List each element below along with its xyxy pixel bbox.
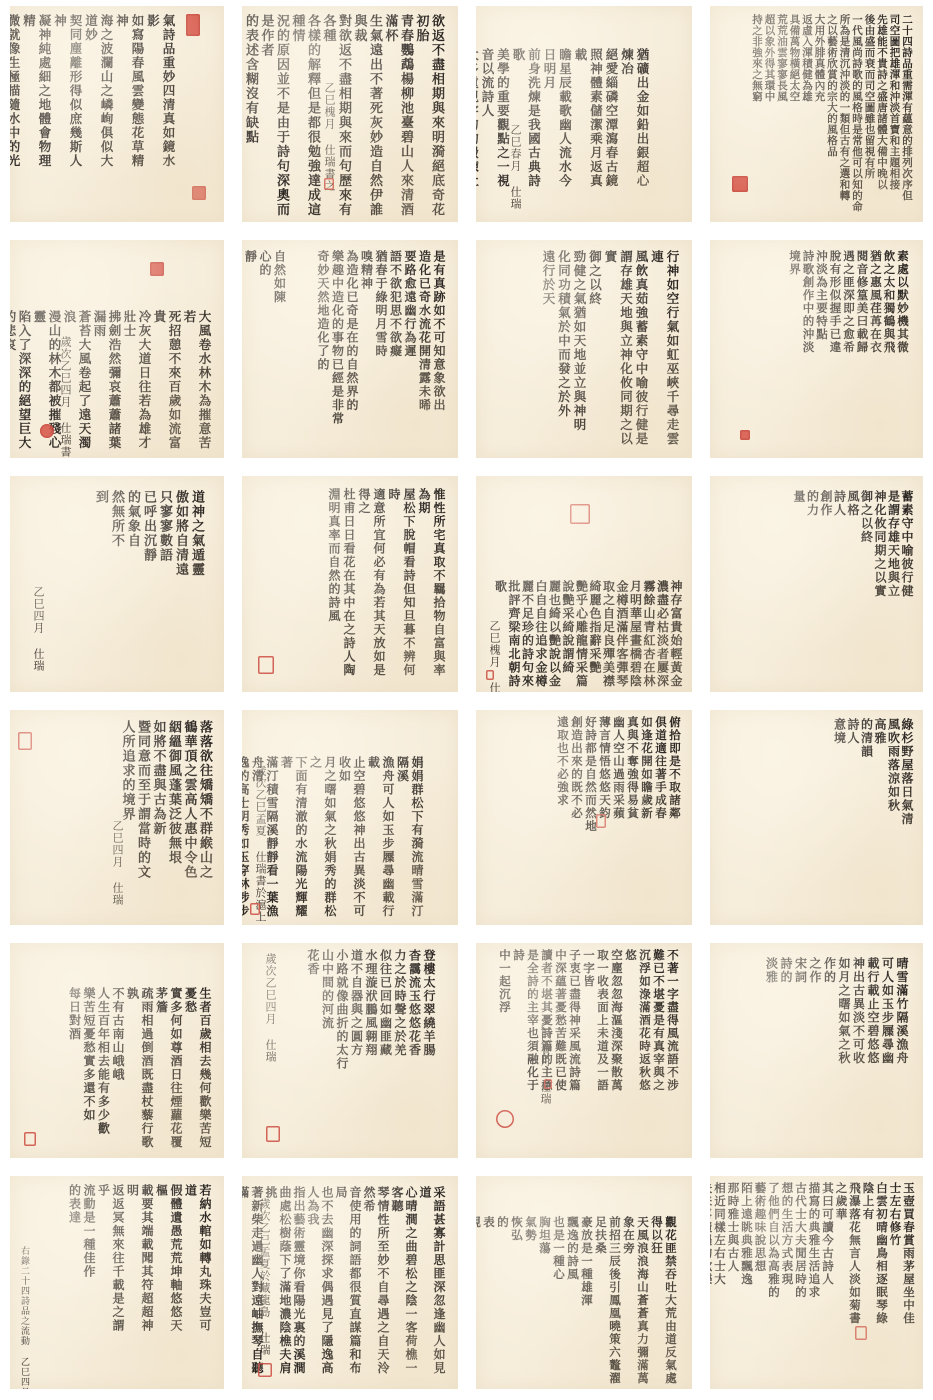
leaf-3: 猶礦出金如鉛出銀超心煉冶 絕愛緇磷空潭瀉春古鏡 照神體素儲潔乘月返真載 瞻星辰載… — [476, 6, 692, 222]
leaf-6: 是有真跡如不可知意象欲出 造化已奇水流花開清露未晞 要路愈遠幽行為遲 語不欲犯思… — [242, 240, 458, 458]
seal-icon — [192, 186, 206, 200]
seal-icon — [150, 262, 164, 276]
leaf-text: 惟性所宅真取不羈拾物自富與率為期 屋松下脫帽看詩但知旦暮不辨何時 適意所宜何必有… — [326, 488, 446, 683]
seal-icon — [324, 178, 334, 190]
leaf-20: 晴雪滿竹隔溪漁舟 可人如玉步屧尋幽 載行載止空碧悠悠 神出古異淡不可收 如月之曙… — [710, 943, 923, 1158]
signature: 右錄二十四詩品之流動 乙巳四月 仕瑞書 — [18, 1246, 29, 1376]
leaf-text: 行神如空行氣如虹巫峽千尋走雲連 風飲真茹強蓄素守中喻彼行健是 謂存雄天地與立神化… — [541, 250, 681, 450]
seal-icon — [496, 1110, 514, 1128]
leaf-1: 氣詩品重妙四清真如鏡水影 如寫陽春風雲變態花草精神 海之波瀾山之嶙峋俱似大道妙 … — [10, 6, 224, 222]
signature: 乙巳四月 仕瑞 — [32, 586, 45, 676]
leaf-11: 神存富貴始輕黃金 濃盡必枯淡者屢深 霧餘山青紅杏在林 月明華屋畫橋碧陰 金樽酒滿… — [476, 476, 692, 692]
leaf-text: 二十四詩品重需渾有蘊意的排列次序但 司空圖把雄渾和沖淡首寶和主題相接 先雄能不貴… — [751, 14, 914, 214]
leaf-text: 若納水輨如轉丸珠夫豈可道 假體遺愚荒荒坤軸悠悠天樞 載要其端載聞其符超超神明 返… — [67, 1184, 212, 1334]
leaf-text: 采語甚寡計思匪深忽逢幽人如見道 心晴澗之曲碧松之陰一客荷樵一客聽 琴情性所至妙不… — [242, 1186, 446, 1386]
signature: 歲次乙巳孟夏 仕瑞書於滬上 — [254, 765, 267, 915]
seal-icon — [596, 814, 606, 828]
leaf-10: 惟性所宅真取不羈拾物自富與率為期 屋松下脫帽看詩但知旦暮不辨何時 適意所宜何必有… — [242, 476, 458, 692]
leaf-19: 不著一字盡得風流語不涉 難已不堪憂是有真宰與之 沉浮如淥滿酒花時返秋悠悠 空塵忽… — [476, 943, 692, 1158]
seal-icon — [570, 504, 590, 524]
seal-icon — [40, 424, 54, 438]
leaf-18: 登樓太行翠繞羊腸 杳靄流玉悠悠花香 力之於時聲之於羌 似往已回如幽匪藏 水理漩洑… — [242, 943, 458, 1158]
seal-icon — [258, 1363, 272, 1377]
leaf-text: 道神之氣遁靈 傲如將自清遠 只寥寥數語 已呼出沉靜 的氣象自 然無所不 到 — [92, 490, 204, 680]
leaf-5: 大風卷水林木為摧意苦若 死招憩不來百歲如流富貴 冷灰大道日往若為雄才壯士 拂劍浩… — [10, 240, 224, 458]
leaf-text: 蓄素守中喻彼行健 是謂存雄天地與立 神化攸同期之以實 御之以終 風格 詩人 創作… — [792, 490, 914, 685]
leaf-16: 綠杉野屋落日氣清 風吹雨落涼如秋 高雅 的清韻 詩人 意境 — [710, 710, 923, 925]
leaf-text: 是有真跡如不可知意象欲出 造化已奇水流花開清露未晞 要路愈遠幽行為遲 語不欲犯思… — [243, 250, 446, 455]
leaf-13: 落落欲往矯矯不群緱山之 鶴華頂之雲高人惠中令色 絪縕御風蓬葉泛彼無垠 如將不盡與… — [10, 710, 224, 925]
leaf-23: 觀花匪禁吞吐大荒由道反氣處得以狂 天風浪浪海山蒼蒼真力彌滿萬象在旁 前招三辰後引… — [476, 1176, 692, 1389]
seal-icon — [250, 903, 260, 915]
seal-icon — [104, 1186, 116, 1216]
seal-icon — [18, 732, 32, 750]
leaf-text: 猶礦出金如鉛出銀超心煉冶 絕愛緇磷空潭瀉春古鏡 照神體素儲潔乘月返真載 瞻星辰載… — [476, 48, 650, 198]
leaf-15: 俯拾即是不取諸鄰 俱道適往著手成春 如逢花開如瞻歲新 真與不奪強得易貧 幽人空山… — [476, 710, 692, 925]
leaf-text: 生者百歲相去幾何歡樂苦短憂愁 實多何如尊酒日往煙蘿花覆茅簷 疏雨相過倒酒既盡杖藜… — [67, 987, 212, 1152]
signature: 乙巳四月 仕瑞 — [111, 820, 124, 900]
leaf-text: 玉壺買春賞雨茅屋坐中佳士左右修竹 白雲初晴幽鳥相逐眠琴綠陰上有 飛瀑落花無言人淡… — [710, 1182, 915, 1332]
leaf-text: 俯拾即是不取諸鄰 俱道適往著手成春 如逢花開如瞻歲新 真與不奪強得易貧 幽人空山… — [556, 716, 682, 891]
leaf-8: 素處以默妙機其微 飲之太和獨鶴與飛 猶之惠風荏苒在衣 閱音修篁美曰載歸 遇之匪深… — [710, 240, 923, 458]
signature: 乙巳槐月 仕瑞書之 — [323, 82, 336, 178]
signature: 歲次乙巳四月 仕瑞書 — [59, 336, 72, 444]
leaf-text: 不著一字盡得風流語不涉 難已不堪憂是有真宰與之 沉浮如淥滿酒花時返秋悠悠 空塵忽… — [498, 949, 680, 1099]
leaf-14: 娟娟群松下有漪流晴雪滿汀隔溪 漁舟可人如玉步屧尋幽載行載 止空碧悠悠神出古異淡不… — [242, 710, 458, 925]
seal-icon — [266, 1126, 280, 1142]
leaf-7: 行神如空行氣如虹巫峽千尋走雲連 風飲真茹強蓄素守中喻彼行健是 謂存雄天地與立神化… — [476, 240, 692, 458]
seal-icon — [544, 1079, 552, 1089]
leaf-12: 蓄素守中喻彼行健 是謂存雄天地與立 神化攸同期之以實 御之以終 風格 詩人 創作… — [710, 476, 923, 692]
seal-icon — [258, 656, 274, 674]
seal-icon — [444, 730, 456, 790]
leaf-24: 玉壺買春賞雨茅屋坐中佳士左右修竹 白雲初晴幽鳥相逐眠琴綠陰上有 飛瀑落花無言人淡… — [710, 1176, 923, 1389]
leaf-9: 道神之氣遁靈 傲如將自清遠 只寥寥數語 已呼出沉靜 的氣象自 然無所不 到 乙巳… — [10, 476, 224, 692]
seal-icon — [444, 983, 456, 1053]
seal-icon — [486, 670, 494, 680]
leaf-text: 晴雪滿竹隔溪漁舟 可人如玉步屧尋幽 載行載止空碧悠悠 神出古異淡不可收 如月之曙… — [764, 957, 909, 1132]
leaf-text: 氣詩品重妙四清真如鏡水影 如寫陽春風雲變態花草精神 海之波瀾山之嶙峋俱似大道妙 … — [10, 14, 176, 169]
leaf-17: 生者百歲相去幾何歡樂苦短憂愁 實多何如尊酒日往煙蘿花覆茅簷 疏雨相過倒酒既盡杖藜… — [10, 943, 224, 1158]
seal-icon — [732, 176, 748, 192]
calligraphy-grid: 氣詩品重妙四清真如鏡水影 如寫陽春風雲變態花草精神 海之波瀾山之嶙峋俱似大道妙 … — [10, 6, 923, 1391]
leaf-text: 綠杉野屋落日氣清 風吹雨落涼如秋 高雅 的清韻 詩人 意境 — [832, 718, 913, 913]
leaf-text: 觀花匪禁吞吐大荒由道反氣處得以狂 天風浪浪海山蒼蒼真力彌滿萬象在旁 前招三辰後引… — [476, 1216, 678, 1386]
leaf-text: 欲返不盡相期與來明漪絕底奇花初胎 青春鸚鵡楊柳池臺碧山人來清酒滿杯 生氣遠出不著… — [243, 14, 445, 219]
leaf-text: 素處以默妙機其微 飲之太和獨鶴與飛 猶之惠風荏苒在衣 閱音修篁美曰載歸 遇之匪深… — [788, 250, 910, 450]
leaf-text: 神存富貴始輕黃金 濃盡必枯淡者屢深 霧餘山青紅杏在林 月明華屋畫橋碧陰 金樽酒滿… — [493, 580, 682, 688]
leaf-text: 落落欲往矯矯不群緱山之 鶴華頂之雲高人惠中令色 絪縕御風蓬葉泛彼無垠 如將不盡與… — [119, 720, 212, 915]
leaf-21: 若納水輨如轉丸珠夫豈可道 假體遺愚荒荒坤軸悠悠天樞 載要其端載聞其符超超神明 返… — [10, 1176, 224, 1389]
leaf-22: 采語甚寡計思匪深忽逢幽人如見道 心晴澗之曲碧松之陰一客荷樵一客聽 琴情性所至妙不… — [242, 1176, 458, 1389]
leaf-4: 二十四詩品重需渾有蘊意的排列次序但 司空圖把雄渾和沖淡首寶和主題相接 先雄能不貴… — [710, 6, 923, 222]
seal-icon — [855, 1326, 867, 1340]
leaf-2: 欲返不盡相期與來明漪絕底奇花初胎 青春鸚鵡楊柳池臺碧山人來清酒滿杯 生氣遠出不著… — [242, 6, 458, 222]
signature: 乙巳春月 仕瑞 — [509, 124, 522, 204]
leaf-text: 登樓太行翠繞羊腸 杳靄流玉悠悠花香 力之於時聲之於羌 似往已回如幽匪藏 水理漩洑… — [306, 949, 437, 1124]
signature: 歲次乙巳四月 仕瑞 — [264, 953, 277, 1083]
seal-icon — [186, 14, 200, 36]
signature: 歲次乙巳孟夏於藏龍島 仕瑞 — [258, 1198, 271, 1343]
leaf-text: 娟娟群松下有漪流晴雪滿汀隔溪 漁舟可人如玉步屧尋幽載行載 止空碧悠悠神出古異淡不… — [242, 756, 424, 921]
seal-icon — [24, 1132, 36, 1146]
seal-icon — [740, 430, 750, 440]
